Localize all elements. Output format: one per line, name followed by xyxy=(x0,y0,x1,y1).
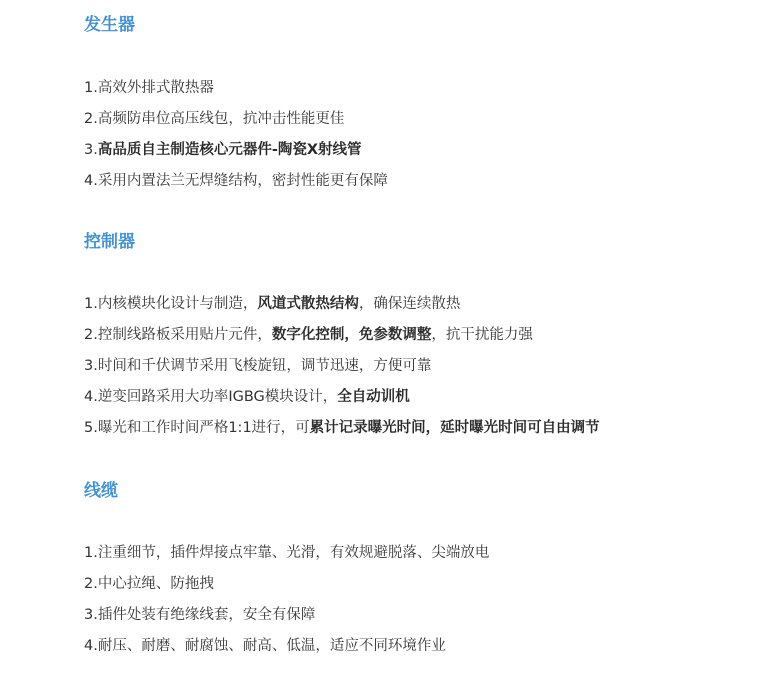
list-item: 4.耐压、耐磨、耐腐蚀、耐高、低温，适应不同环境作业 xyxy=(84,631,489,662)
list-item: 5.曝光和工作时间严格1:1进行，可累计记录曝光时间，延时曝光时间可自由调节 xyxy=(84,413,600,444)
feature-list: 1.高效外排式散热器2.高频防串位高压线包，抗冲击性能更佳3.高品质自主制造核心… xyxy=(84,73,388,197)
list-item: 2.高频防串位高压线包，抗冲击性能更佳 xyxy=(84,104,388,135)
item-text: 3. xyxy=(84,142,98,158)
list-item: 1.高效外排式散热器 xyxy=(84,73,388,104)
item-text: 2.控制线路板采用贴片元件， xyxy=(84,327,272,343)
section-generator: 发生器 1.高效外排式散热器2.高频防串位高压线包，抗冲击性能更佳3.高品质自主… xyxy=(84,13,135,37)
section-title: 控制器 xyxy=(84,230,135,254)
item-text: 1.内核模块化设计与制造， xyxy=(84,296,257,312)
item-text: 1.高效外排式散热器 xyxy=(84,80,214,96)
section-title: 发生器 xyxy=(84,13,135,37)
section-title: 线缆 xyxy=(84,479,118,503)
feature-list: 1.注重细节，插件焊接点牢靠、光滑，有效规避脱落、尖端放电2.中心拉绳、防拖拽3… xyxy=(84,538,489,662)
item-text: 1.注重细节，插件焊接点牢靠、光滑，有效规避脱落、尖端放电 xyxy=(84,545,489,561)
list-item: 1.内核模块化设计与制造，风道式散热结构，确保连续散热 xyxy=(84,289,600,320)
item-text: 4.采用内置法兰无焊缝结构，密封性能更有保障 xyxy=(84,173,388,189)
item-text: 4.逆变回路采用大功率IGBG模块设计， xyxy=(84,389,337,405)
list-item: 3.插件处装有绝缘线套，安全有保障 xyxy=(84,600,489,631)
item-text: 2.中心拉绳、防拖拽 xyxy=(84,576,214,592)
list-item: 2.中心拉绳、防拖拽 xyxy=(84,569,489,600)
item-text: 5.曝光和工作时间严格1:1进行，可 xyxy=(84,420,310,436)
emphasis-text: 高品质自主制造核心元器件-陶瓷X射线管 xyxy=(98,142,362,158)
list-item: 1.注重细节，插件焊接点牢靠、光滑，有效规避脱落、尖端放电 xyxy=(84,538,489,569)
list-item: 3.时间和千伏调节采用飞梭旋钮，调节迅速，方便可靠 xyxy=(84,351,600,382)
item-text: ，抗干扰能力强 xyxy=(431,327,533,343)
list-item: 4.采用内置法兰无焊缝结构，密封性能更有保障 xyxy=(84,166,388,197)
emphasis-text: 累计记录曝光时间，延时曝光时间可自由调节 xyxy=(310,420,600,436)
item-text: ，确保连续散热 xyxy=(359,296,461,312)
item-text: 2.高频防串位高压线包，抗冲击性能更佳 xyxy=(84,111,344,127)
feature-list: 1.内核模块化设计与制造，风道式散热结构，确保连续散热2.控制线路板采用贴片元件… xyxy=(84,289,600,444)
list-item: 3.高品质自主制造核心元器件-陶瓷X射线管 xyxy=(84,135,388,166)
item-text: 4.耐压、耐磨、耐腐蚀、耐高、低温，适应不同环境作业 xyxy=(84,638,446,654)
list-item: 2.控制线路板采用贴片元件，数字化控制，免参数调整，抗干扰能力强 xyxy=(84,320,600,351)
item-text: 3.插件处装有绝缘线套，安全有保障 xyxy=(84,607,315,623)
section-controller: 控制器 1.内核模块化设计与制造，风道式散热结构，确保连续散热2.控制线路板采用… xyxy=(84,230,135,254)
emphasis-text: 数字化控制，免参数调整 xyxy=(272,327,432,343)
list-item: 4.逆变回路采用大功率IGBG模块设计，全自动训机 xyxy=(84,382,600,413)
item-text: 3.时间和千伏调节采用飞梭旋钮，调节迅速，方便可靠 xyxy=(84,358,431,374)
section-cable: 线缆 1.注重细节，插件焊接点牢靠、光滑，有效规避脱落、尖端放电2.中心拉绳、防… xyxy=(84,479,118,503)
emphasis-text: 全自动训机 xyxy=(337,389,410,405)
emphasis-text: 风道式散热结构 xyxy=(257,296,359,312)
